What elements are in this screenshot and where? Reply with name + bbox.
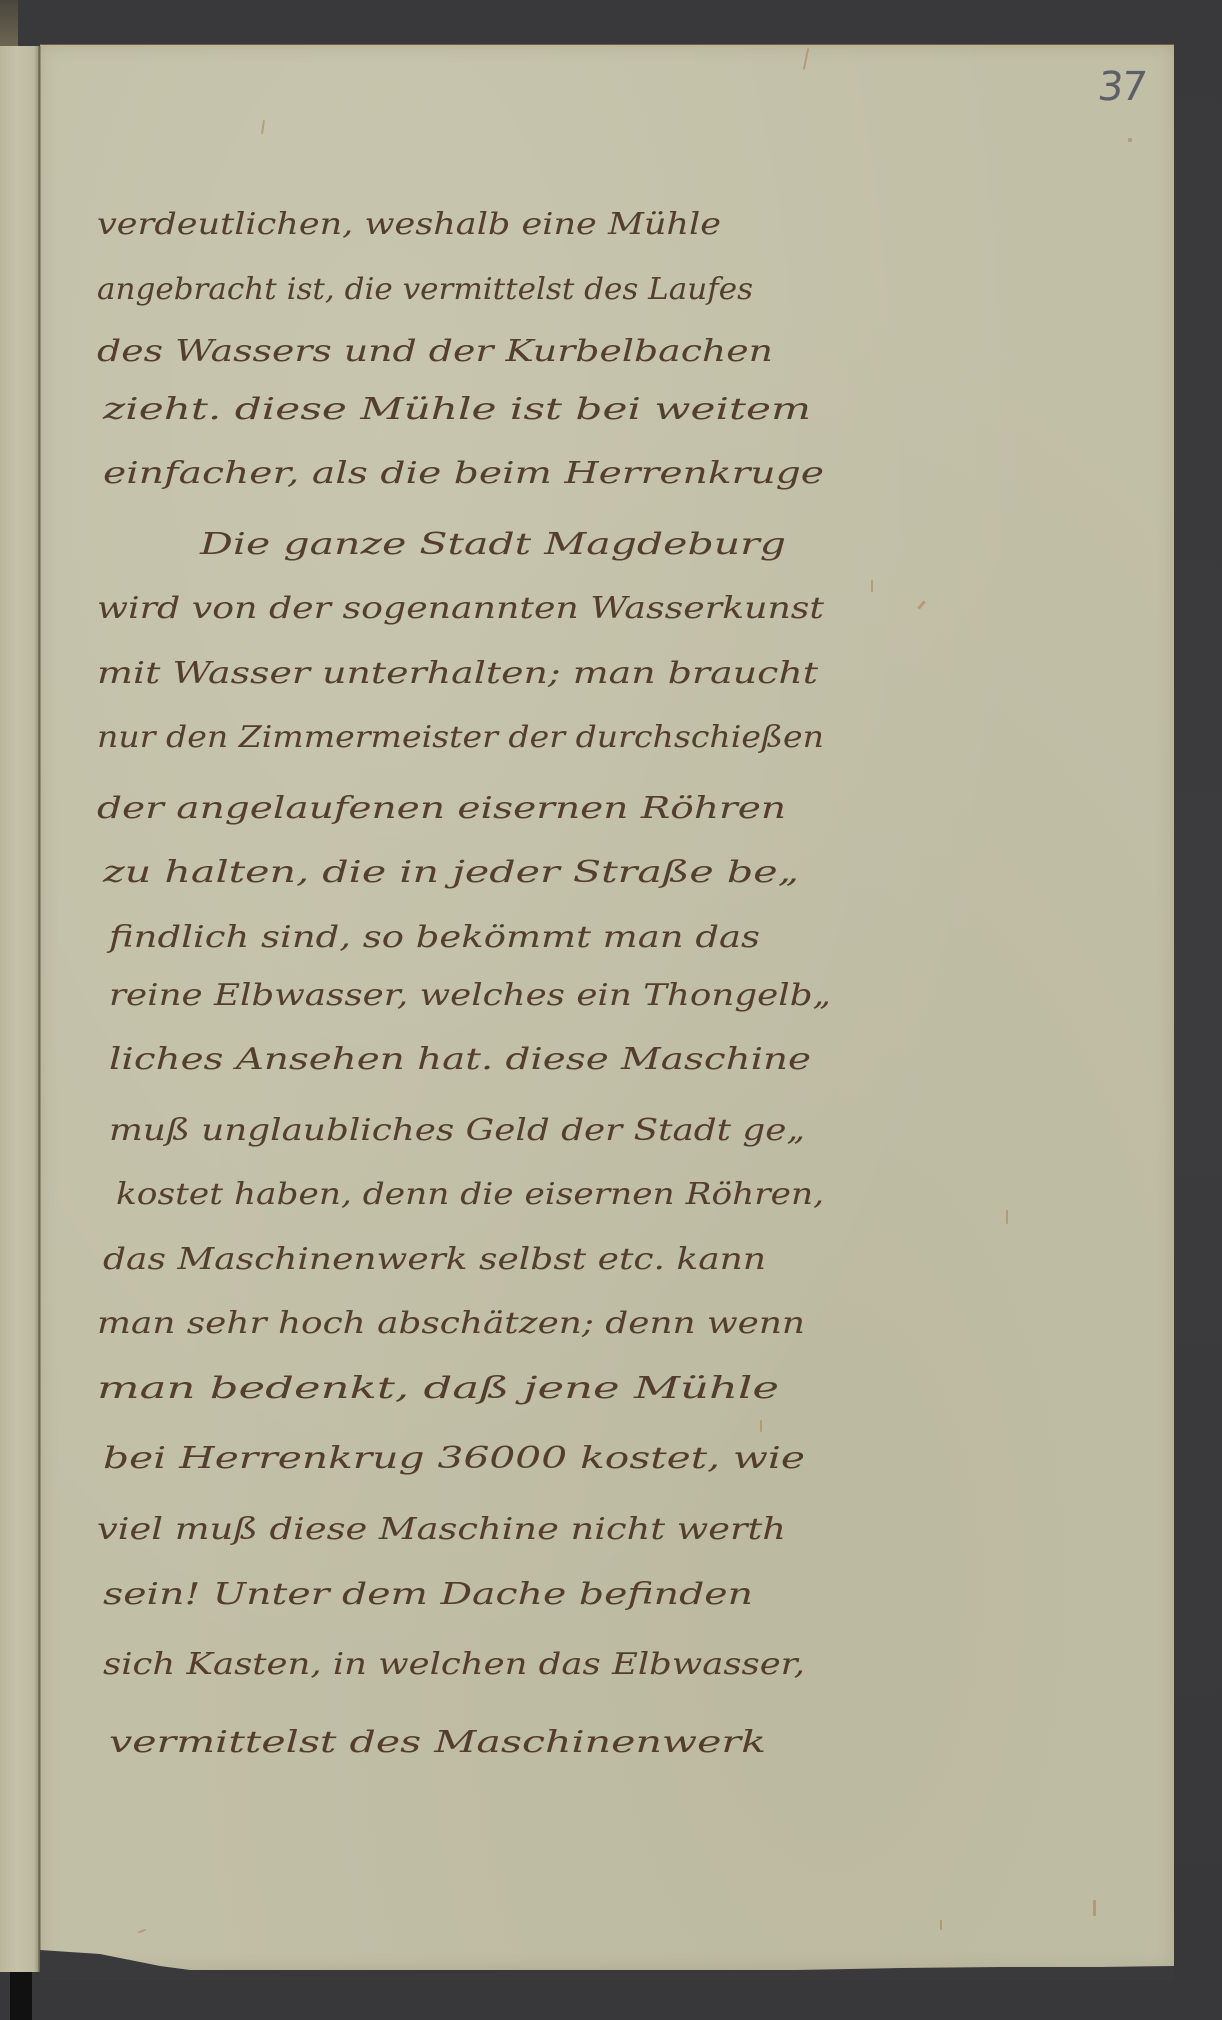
manuscript-line: mit Wasser unterhalten; man braucht [97, 656, 819, 691]
manuscript-line: vermittelst des Maschinenwerk [109, 1725, 766, 1760]
manuscript-line: angebracht ist, die vermittelst des Lauf… [97, 272, 753, 307]
manuscript-line: zieht. diese Mühle ist bei weitem [102, 392, 811, 427]
manuscript-line: kostet haben, denn die eisernen Röhren, [116, 1177, 824, 1212]
manuscript-line: sich Kasten, in welchen das Elbwasser, [103, 1647, 805, 1682]
manuscript-line: verdeutlichen, weshalb eine Mühle [97, 207, 721, 242]
manuscript-line: sein! Unter dem Dache befinden [103, 1577, 753, 1612]
manuscript-line: reine Elbwasser, welches ein Thongelb„ [109, 978, 831, 1013]
manuscript-line: bei Herrenkrug 36000 kostet, wie [103, 1441, 805, 1476]
manuscript-line: man bedenkt, daß jene Mühle [97, 1371, 779, 1406]
manuscript-line: wird von der sogenannten Wasserkunst [97, 591, 825, 626]
manuscript-line-indented: Die ganze Stadt Magdeburg [199, 527, 786, 562]
manuscript-line: der angelaufenen eisernen Röhren [97, 791, 786, 826]
manuscript-line: liches Ansehen hat. diese Maschine [109, 1042, 811, 1077]
manuscript-line: des Wassers und der Kurbelbachen [97, 334, 773, 369]
handwritten-text-block: verdeutlichen, weshalb eine Mühle angebr… [0, 0, 1222, 2020]
manuscript-line: muß unglaubliches Geld der Stadt ge„ [109, 1113, 805, 1148]
manuscript-line: nur den Zimmermeister der durchschießen [97, 720, 824, 755]
manuscript-line: das Maschinenwerk selbst etc. kann [103, 1242, 766, 1277]
manuscript-line: zu halten, die in jeder Straße be„ [102, 855, 799, 890]
manuscript-line: man sehr hoch abschätzen; denn wenn [97, 1306, 805, 1341]
manuscript-line: findlich sind, so bekömmt man das [107, 920, 760, 955]
manuscript-line: einfacher, als die beim Herrenkruge [103, 456, 824, 491]
manuscript-line: viel muß diese Maschine nicht werth [97, 1512, 786, 1547]
